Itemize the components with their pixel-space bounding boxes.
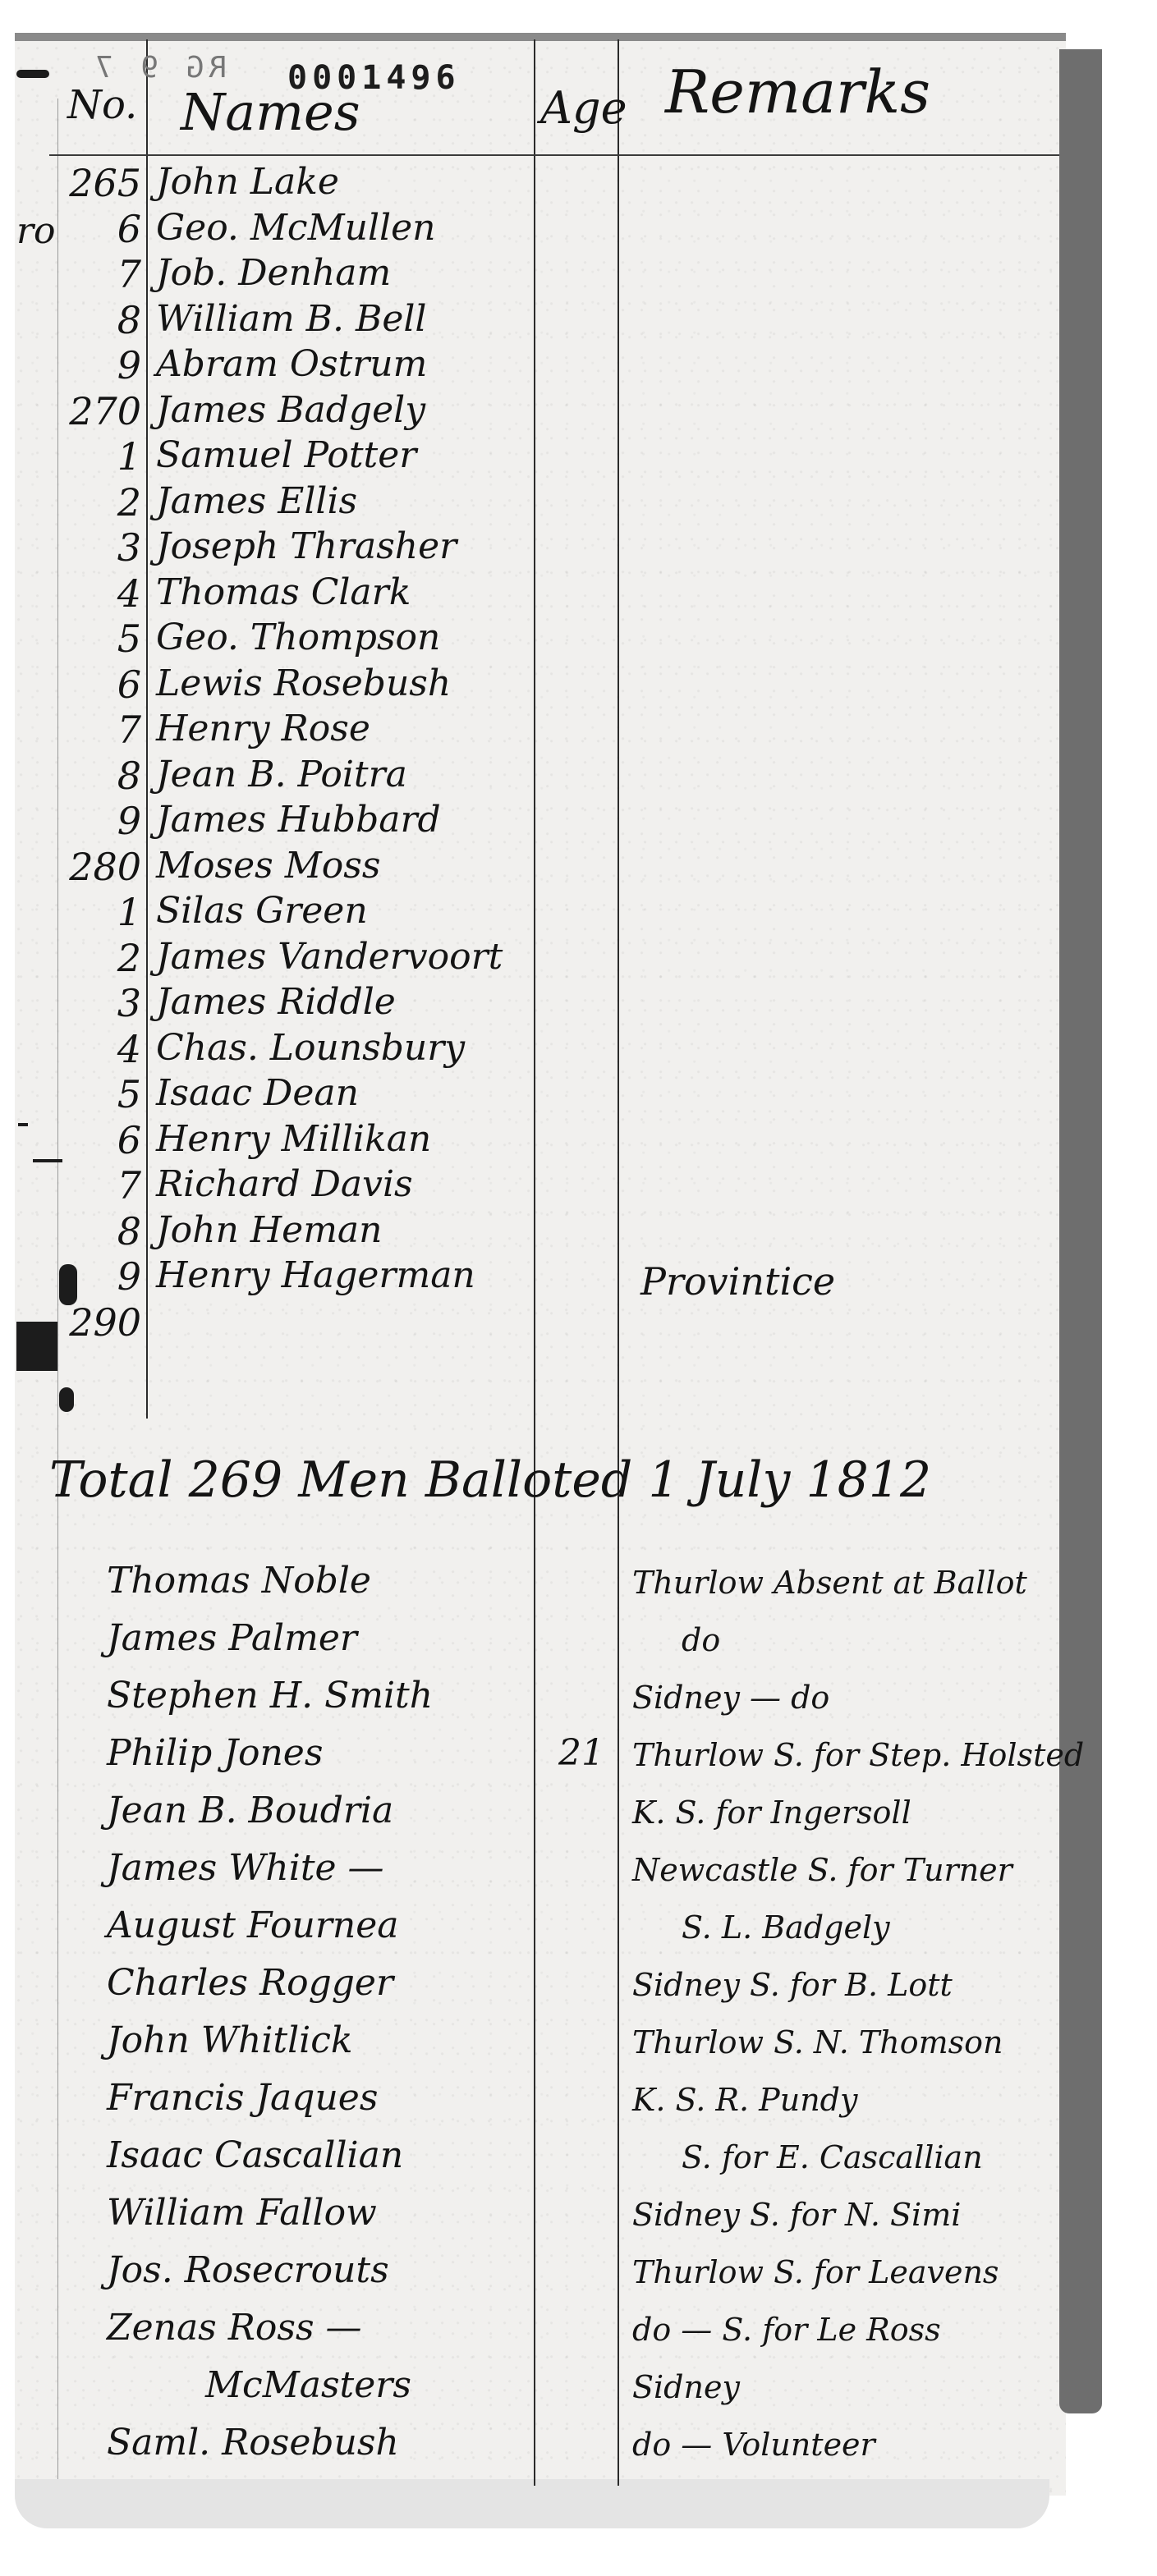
mirrored-stamp: RG 9 7: [90, 51, 227, 85]
row-name: Francis Jaques: [107, 2077, 378, 2119]
row-number: 2: [59, 936, 141, 980]
row-name: Henry Hagerman: [156, 1254, 475, 1296]
row-name: Isaac Dean: [156, 1072, 359, 1114]
row-number: 2: [59, 480, 141, 525]
row-remarks: Thurlow S. for Step. Holsted: [632, 1737, 1084, 1773]
row-number: 265: [59, 161, 141, 205]
row-name: Stephen H. Smith: [107, 1675, 433, 1717]
row-name: Jos. Rosecrouts: [107, 2249, 389, 2291]
row-remarks: K. S. for Ingersoll: [632, 1794, 911, 1831]
row-name: Isaac Cascallian: [107, 2134, 403, 2176]
rule-age-remarks: [618, 39, 619, 2486]
row-name: John Lake: [156, 161, 339, 203]
row-number: 280: [59, 845, 141, 889]
row-name: Moses Moss: [156, 845, 380, 887]
row-number: 4: [59, 571, 141, 616]
row-name: James Badgely: [156, 389, 425, 431]
row-number: 290: [59, 1300, 141, 1345]
row-name: McMasters: [205, 2364, 411, 2406]
row-number: 3: [59, 981, 141, 1025]
row-number: 7: [59, 252, 141, 296]
row-name: Jean B. Poitra: [156, 754, 407, 795]
row-number: 7: [59, 1163, 141, 1208]
row-remarks: do — Volunteer: [632, 2427, 875, 2463]
row-name: Joseph Thrasher: [156, 525, 457, 567]
row-number: 3: [59, 525, 141, 570]
row-number: 1: [59, 434, 141, 479]
torn-bottom-edge: [15, 2479, 1049, 2528]
row-number: 270: [59, 389, 141, 433]
row-remarks: Thurlow S. N. Thomson: [632, 2024, 1003, 2060]
row-name: Charles Rogger: [107, 1962, 393, 2004]
row-name: Silas Green: [156, 890, 368, 932]
row-name: Saml. Rosebush: [107, 2422, 399, 2464]
row-remarks: Sidney — do: [632, 1680, 829, 1716]
row-name: Henry Rose: [156, 708, 370, 749]
row-name: Samuel Potter: [156, 434, 416, 476]
row-number: 8: [59, 298, 141, 342]
header-names: Names: [181, 82, 360, 142]
row-number: 5: [59, 616, 141, 661]
row-name: John Heman: [156, 1209, 383, 1251]
row-name: Thomas Noble: [107, 1560, 371, 1602]
total-line: Total 269 Men Balloted 1 July 1812: [49, 1451, 931, 1509]
row-name: James Riddle: [156, 981, 396, 1023]
row-name: James Ellis: [156, 480, 357, 522]
row-name: Henry Millikan: [156, 1118, 431, 1160]
row-name: Zenas Ross —: [107, 2307, 362, 2349]
row-remarks: Provintice: [640, 1259, 835, 1304]
row-remarks: K. S. R. Pundy: [632, 2082, 857, 2118]
row-remarks: Thurlow S. for Leavens: [632, 2254, 999, 2290]
row-name: John Whitlick: [107, 2019, 353, 2061]
row-remarks: Sidney S. for N. Simi: [632, 2197, 961, 2233]
row-name: James Vandervoort: [156, 936, 503, 978]
row-name: Richard Davis: [156, 1163, 413, 1205]
row-name: Lewis Rosebush: [156, 662, 451, 704]
row-remarks: Newcastle S. for Turner: [632, 1852, 1012, 1888]
rule-no-names: [146, 39, 148, 1419]
row-number: 6: [59, 662, 141, 707]
row-name: Philip Jones: [107, 1732, 323, 1774]
row-name: William B. Bell: [156, 298, 427, 340]
row-name: James White —: [107, 1847, 384, 1889]
row-name: Job. Denham: [156, 252, 391, 294]
row-remarks: Sidney: [632, 2369, 740, 2405]
row-number: 9: [59, 1254, 141, 1299]
row-name: William Fallow: [107, 2192, 377, 2234]
row-number: 6: [59, 207, 141, 251]
header-rule: [49, 154, 1059, 156]
row-number: 1: [59, 890, 141, 934]
margin-note: ro: [16, 210, 56, 252]
row-remarks: do — S. for Le Ross: [632, 2312, 941, 2348]
row-number: 7: [59, 708, 141, 752]
row-name: Thomas Clark: [156, 571, 411, 613]
row-name: Geo. Thompson: [156, 616, 440, 658]
page-shadow-edge: [1059, 49, 1102, 2413]
row-number: 8: [59, 1209, 141, 1254]
row-name: Abram Ostrum: [156, 343, 427, 385]
row-number: 6: [59, 1118, 141, 1162]
row-age: 21: [558, 1732, 604, 1774]
margin-blot: [16, 1322, 57, 1371]
row-name: James Palmer: [107, 1617, 357, 1659]
row-remarks: Thurlow Absent at Ballot: [632, 1565, 1027, 1601]
row-remarks: do: [682, 1622, 720, 1658]
rule-left-margin: [57, 99, 58, 2479]
row-number: 9: [59, 799, 141, 843]
margin-dash: [33, 1159, 62, 1162]
row-name: August Fournea: [107, 1904, 398, 1946]
row-name: James Hubbard: [156, 799, 441, 841]
row-name: Chas. Lounsbury: [156, 1027, 465, 1069]
margin-dash: [16, 70, 49, 78]
row-number: 9: [59, 343, 141, 387]
header-no: No.: [67, 82, 137, 128]
row-number: 8: [59, 754, 141, 798]
margin-blot: [59, 1387, 74, 1412]
header-age: Age: [540, 82, 627, 134]
row-remarks: Sidney S. for B. Lott: [632, 1967, 953, 2003]
margin-dash: [18, 1123, 28, 1126]
header-remarks: Remarks: [665, 57, 930, 126]
row-remarks: S. L. Badgely: [682, 1909, 890, 1946]
row-name: Jean B. Boudria: [107, 1790, 393, 1831]
row-number: 5: [59, 1072, 141, 1116]
row-number: 4: [59, 1027, 141, 1071]
row-name: Geo. McMullen: [156, 207, 435, 249]
row-remarks: S. for E. Cascallian: [682, 2139, 983, 2175]
rule-names-age: [534, 39, 535, 2486]
